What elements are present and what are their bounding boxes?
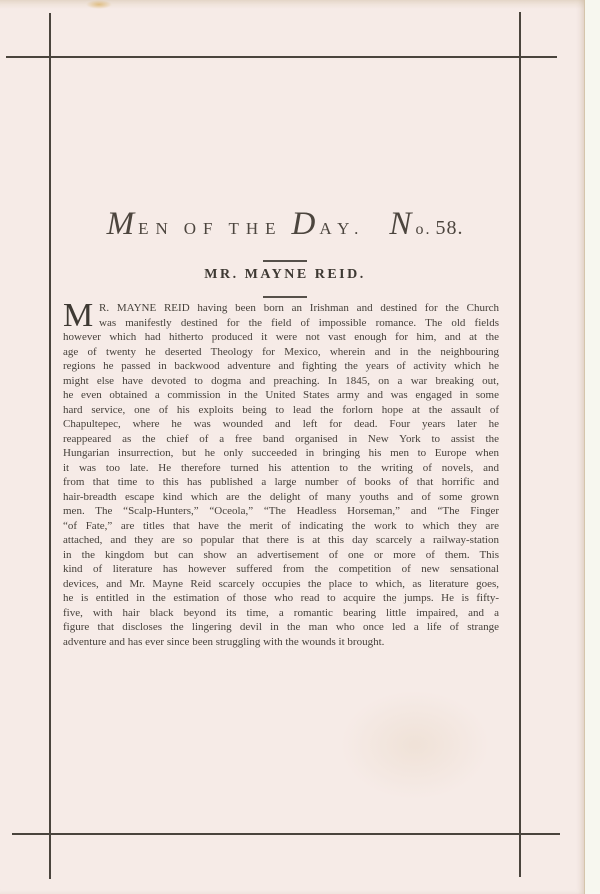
title-segment: OF: [184, 219, 220, 238]
title-divider-top: [263, 260, 307, 262]
scanned-page: MENOFTHEDAY.No.58. MR. MAYNE REID. M R. …: [0, 0, 585, 894]
border-frame-left: [49, 13, 51, 879]
page-title: MENOFTHEDAY.No.58.: [50, 203, 520, 251]
text-line: hair-breadth escape kind which are the d…: [63, 490, 499, 505]
title-segment: D: [292, 206, 318, 242]
text-line: reappeared as the chief of a free band o…: [63, 432, 499, 447]
text-line: in the kingdom but can show an advertise…: [63, 548, 499, 563]
paper-stain: [340, 690, 490, 800]
border-frame-right: [519, 12, 521, 877]
text-line: figure that discloses the lingering devi…: [63, 620, 499, 635]
text-line: was manifestly destined for the field of…: [63, 316, 499, 331]
text-line: adventure and has ever since been strugg…: [63, 635, 499, 650]
text-line: it was too late. He therefore turned his…: [63, 461, 499, 476]
text-line: age of twenty he deserted Theology for M…: [63, 345, 499, 360]
text-line: five, with hair black beyond its time, a…: [63, 606, 499, 621]
text-line: men. The “Scalp-Hunters,” “Oceola,” “The…: [63, 504, 499, 519]
text-line: regions he passed in backwood adventure …: [63, 359, 499, 374]
text-line: hard service, one of his exploits being …: [63, 403, 499, 418]
title-segment: 58.: [435, 217, 463, 239]
text-line: he is entitled in the estimation of thos…: [63, 591, 499, 606]
article-body: M R. MAYNE REID having been born an Iris…: [63, 301, 499, 649]
title-segment: THE: [228, 219, 282, 238]
text-line: Hungarian insurrection, but he only succ…: [63, 446, 499, 461]
text-line: might else have devoted to dogma and pre…: [63, 374, 499, 389]
text-line: R. MAYNE REID having been born an Irishm…: [63, 301, 499, 316]
text-line: kind of literature has however suffered …: [63, 562, 499, 577]
title-segment: N: [389, 206, 413, 242]
text-line: he even obtained a commission in the Uni…: [63, 388, 499, 403]
title-segment: AY.: [319, 219, 365, 238]
drop-cap: M: [63, 301, 93, 329]
border-frame-bottom: [12, 833, 560, 835]
text-line: from that time to this has published a l…: [63, 475, 499, 490]
title-segment: M: [107, 206, 137, 242]
title-segment: EN: [138, 219, 175, 238]
text-line: devices, and Mr. Mayne Reid scarcely occ…: [63, 577, 499, 592]
title-divider-bottom: [263, 296, 307, 298]
paper-stain: [86, 0, 112, 9]
title-segment: o.: [415, 221, 431, 238]
text-line: attached, and they are so popular that t…: [63, 533, 499, 548]
text-line: Chapultepec, where he was wounded and le…: [63, 417, 499, 432]
text-line: “of Fate,” are titles that have the meri…: [63, 519, 499, 534]
border-frame-top: [6, 56, 557, 58]
article-title: MR. MAYNE REID.: [50, 267, 520, 283]
text-line: however which had hitherto produced it w…: [63, 330, 499, 345]
